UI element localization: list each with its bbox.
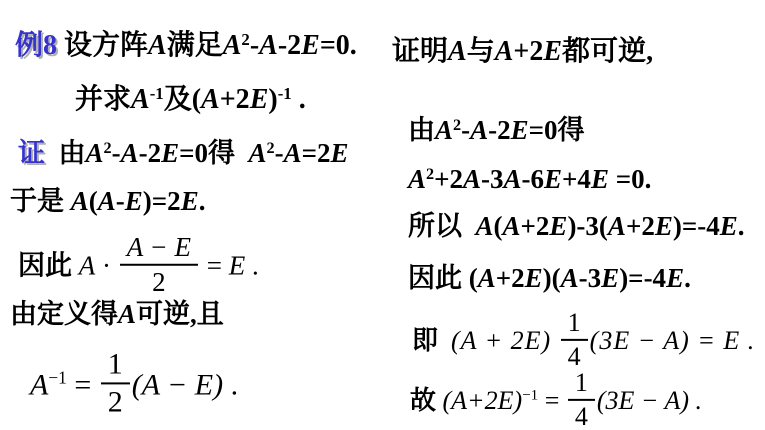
fraction: A − E2: [120, 233, 198, 297]
text-run: E: [549, 211, 567, 241]
example-heading-line1: 例8 设方阵A满足A2-A-2E=0.: [15, 30, 357, 62]
fraction: 14: [561, 309, 588, 371]
text-run: -1: [278, 84, 292, 103]
proof2-step-group: 所以 A(A+2E)-3(A+2E)=-4E.: [408, 211, 744, 242]
text-run: E: [331, 138, 349, 168]
fraction-numerator: 1: [568, 369, 595, 401]
text-run: 及: [164, 84, 192, 115]
text-run: (A + 2E): [451, 326, 559, 355]
text-run: .: [292, 84, 306, 115]
fraction: 14: [568, 369, 595, 430]
text-run: A: [86, 138, 104, 168]
proof-step-given: 证 由A2-A-2E=0得 A2-A=2E: [18, 138, 349, 169]
text-run: 由定义得: [10, 299, 118, 329]
proof-step-factor: 于是 A(A-E)=2E.: [10, 186, 205, 217]
text-run: =: [67, 368, 99, 401]
text-run: A: [608, 211, 626, 241]
text-run: -2: [488, 115, 511, 145]
text-run: 与: [467, 36, 495, 67]
text-run: +2: [434, 164, 463, 194]
text-run: (: [469, 263, 478, 293]
text-run: -: [250, 30, 259, 61]
proof2-step-factor: 因此 (A+2E)(A-3E)=-4E.: [408, 263, 691, 294]
text-run: 可逆,且: [136, 299, 224, 329]
text-run: +2: [513, 36, 543, 67]
text-run: (A+2E): [443, 386, 523, 415]
text-run: 因此: [408, 263, 469, 293]
proof2-step-identity: 即 (A + 2E) 14(3E − A) = E .: [412, 312, 755, 374]
text-run: .: [245, 250, 259, 280]
proof2-step-expand: A2+2A-3A-6E+4E =0.: [408, 164, 651, 195]
text-run: 所以: [408, 211, 476, 241]
text-run: +4: [562, 164, 591, 194]
text-run: 即: [412, 326, 451, 355]
text-run: 由: [45, 138, 86, 168]
colored-label: 证: [18, 138, 45, 168]
text-run: .: [223, 368, 238, 401]
text-run: 2: [426, 165, 434, 183]
text-run: (: [494, 211, 503, 241]
text-run: 因此: [18, 250, 79, 280]
text-run: A: [561, 263, 579, 293]
text-run: 2: [267, 139, 275, 157]
example-heading-line2: 并求A-1及(A+2E)-1 .: [75, 84, 306, 116]
claim-statement: 证明A与A+2E都可逆,: [392, 36, 653, 68]
text-run: E: [525, 263, 543, 293]
text-run: −1: [48, 368, 67, 388]
lecture-slide: 例8 设方阵A满足A2-A-2E=0. 证明A与A+2E都可逆, 并求A-1及(…: [0, 0, 765, 430]
text-run: ): [268, 84, 277, 115]
text-run: A: [121, 138, 139, 168]
text-run: 由: [408, 115, 435, 145]
text-run: 并求: [75, 84, 131, 115]
text-run: )(: [543, 263, 561, 293]
text-run: +2: [521, 211, 550, 241]
text-run: .: [199, 186, 206, 216]
text-run: A: [503, 211, 521, 241]
text-run: +2: [496, 263, 525, 293]
text-run: A: [79, 250, 96, 280]
text-run: −1: [522, 388, 538, 404]
text-run: +2: [626, 211, 655, 241]
text-run: E: [301, 30, 320, 61]
text-run: A: [448, 36, 467, 67]
text-run: =0.: [609, 164, 651, 194]
text-run: )=-4: [619, 263, 666, 293]
text-run: A: [284, 138, 302, 168]
text-run: -: [116, 186, 125, 216]
text-run: )-3(: [567, 211, 607, 241]
text-run: 于是: [10, 186, 71, 216]
text-run: E: [544, 164, 562, 194]
text-run: [235, 138, 249, 168]
text-run: =: [200, 250, 229, 280]
text-run: E: [601, 263, 619, 293]
text-run: (: [192, 84, 201, 115]
text-run: )=2: [143, 186, 181, 216]
result-a2e-inverse: 故 (A+2E)−1 = 14(3E − A) .: [410, 372, 702, 430]
text-run: E: [181, 186, 199, 216]
text-run: =0.: [320, 30, 357, 61]
text-run: A: [495, 36, 514, 67]
fraction-denominator: 2: [101, 385, 130, 419]
text-run: 2: [241, 30, 249, 49]
fraction-denominator: 4: [561, 341, 588, 371]
result-a-inverse: A−1 = 12(A − E) .: [30, 352, 238, 423]
text-run: (3E − A) .: [597, 386, 702, 415]
fraction-denominator: 2: [120, 266, 198, 297]
text-run: A: [131, 84, 150, 115]
text-run: A: [463, 164, 481, 194]
fraction: 12: [101, 348, 130, 419]
text-run: A: [259, 30, 278, 61]
proof-step-definition: 由定义得A可逆,且: [10, 299, 224, 330]
text-run: E: [511, 115, 529, 145]
text-run: E: [720, 211, 738, 241]
text-run: -3: [481, 164, 504, 194]
text-run: E: [229, 250, 246, 280]
text-run: A: [201, 84, 220, 115]
text-run: =0: [529, 115, 558, 145]
text-run: 满足: [167, 30, 223, 61]
text-run: 得: [558, 115, 585, 145]
text-run: E: [666, 263, 684, 293]
text-run: -6: [522, 164, 545, 194]
text-run: -1: [150, 84, 164, 103]
text-run: E: [125, 186, 143, 216]
text-run: .: [738, 211, 745, 241]
proof2-step-given: 由A2-A-2E=0得: [408, 115, 585, 146]
text-run: 2: [453, 116, 461, 134]
text-run: A: [408, 164, 426, 194]
text-run: 2: [104, 139, 112, 157]
text-run: 设方阵: [57, 30, 148, 61]
text-run: +2: [220, 84, 250, 115]
text-run: =0: [179, 138, 208, 168]
text-run: -: [461, 115, 470, 145]
fraction-numerator: A − E: [120, 233, 198, 266]
text-run: )=-4: [673, 211, 720, 241]
text-run: A: [148, 30, 167, 61]
text-run: E: [250, 84, 269, 115]
text-run: .: [684, 263, 691, 293]
text-run: A: [223, 30, 242, 61]
fraction-denominator: 4: [568, 401, 595, 430]
text-run: 都可逆,: [562, 36, 653, 67]
text-run: E: [543, 36, 562, 67]
text-run: A: [476, 211, 494, 241]
text-run: =: [538, 386, 566, 415]
text-run: 得: [208, 138, 235, 168]
text-run: A: [30, 368, 48, 401]
fraction-numerator: 1: [101, 348, 130, 384]
text-run: A: [71, 186, 89, 216]
text-run: A: [118, 299, 136, 329]
text-run: E: [161, 138, 179, 168]
text-run: A: [470, 115, 488, 145]
text-run: 证明: [392, 36, 448, 67]
text-run: A: [504, 164, 522, 194]
proof-step-fraction: 因此 A · A − E2 = E .: [18, 236, 259, 300]
text-run: A: [478, 263, 496, 293]
text-run: (: [89, 186, 98, 216]
text-run: A: [435, 115, 453, 145]
text-run: A: [249, 138, 267, 168]
text-run: E: [591, 164, 609, 194]
text-run: E: [655, 211, 673, 241]
text-run: -: [112, 138, 121, 168]
text-run: -3: [579, 263, 602, 293]
text-run: -: [275, 138, 284, 168]
text-run: -2: [139, 138, 162, 168]
text-run: -2: [278, 30, 301, 61]
text-run: =2: [302, 138, 331, 168]
text-run: (A − E): [132, 368, 223, 401]
text-run: ·: [95, 250, 118, 280]
text-run: 故: [410, 386, 443, 415]
colored-label: 例8: [15, 30, 57, 61]
fraction-numerator: 1: [561, 309, 588, 341]
text-run: A: [98, 186, 116, 216]
text-run: (3E − A) = E .: [590, 326, 756, 355]
